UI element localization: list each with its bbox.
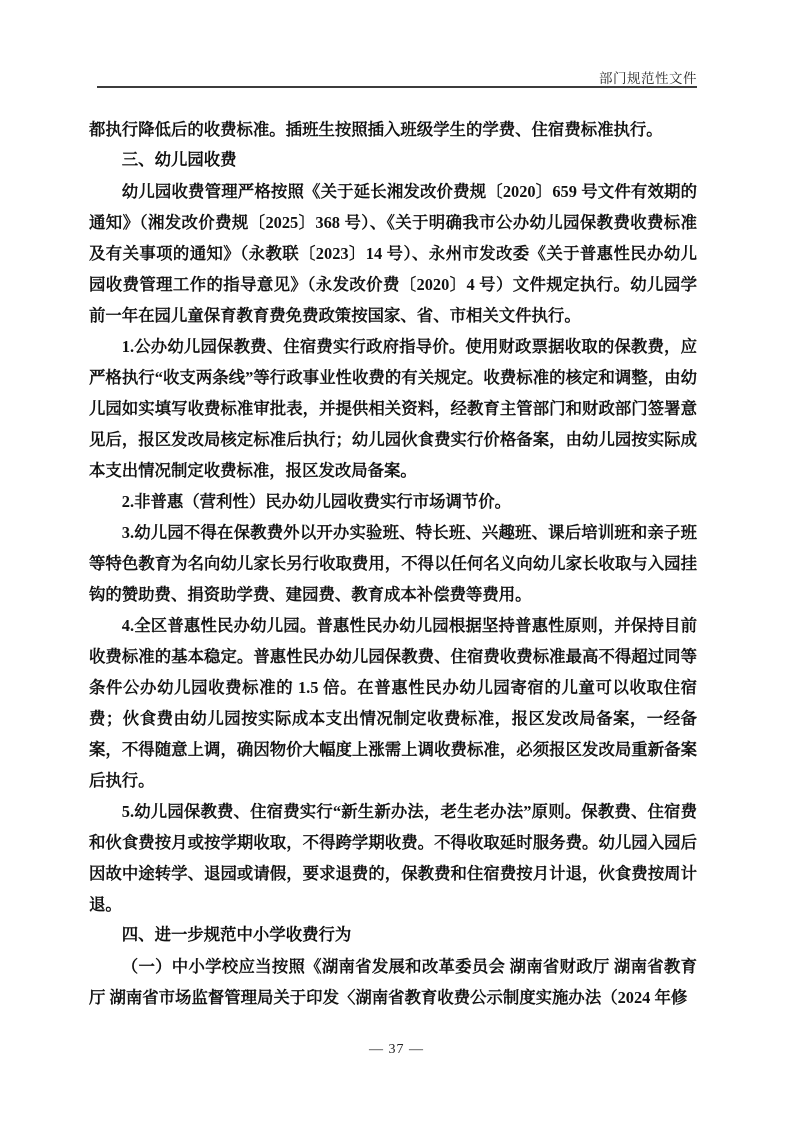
- section-heading-school-fee-regulation: 四、进一步规范中小学收费行为: [89, 920, 697, 951]
- body-paragraph-item-5: 5.幼儿园保教费、住宿费实行“新生新办法，老生老办法”原则。保教费、住宿费和伙食…: [89, 796, 697, 920]
- header-rule: [97, 86, 697, 88]
- body-paragraph-continuation: 都执行降低后的收费标准。插班生按照插入班级学生的学费、住宿费标准执行。: [89, 114, 697, 145]
- body-paragraph-item-1: 1.公办幼儿园保教费、住宿费实行政府指导价。使用财政票据收取的保教费，应严格执行…: [89, 331, 697, 486]
- body-paragraph-subitem-1: （一）中小学校应当按照《湖南省发展和改革委员会 湖南省财政厅 湖南省教育厅 湖南…: [89, 951, 697, 1013]
- page-header-label: 部门规范性文件: [599, 67, 697, 87]
- body-paragraph-item-2: 2.非普惠（营利性）民办幼儿园收费实行市场调节价。: [89, 486, 697, 517]
- document-body: 都执行降低后的收费标准。插班生按照插入班级学生的学费、住宿费标准执行。 三、幼儿…: [89, 114, 697, 1013]
- body-paragraph-item-3: 3.幼儿园不得在保教费外以开办实验班、特长班、兴趣班、课后培训班和亲子班等特色教…: [89, 517, 697, 610]
- body-paragraph-item-4: 4.全区普惠性民办幼儿园。普惠性民办幼儿园根据坚持普惠性原则，并保持目前收费标准…: [89, 610, 697, 796]
- document-page: 部门规范性文件 都执行降低后的收费标准。插班生按照插入班级学生的学费、住宿费标准…: [0, 0, 793, 1122]
- body-paragraph: 幼儿园收费管理严格按照《关于延长湘发改价费规〔2020〕659 号文件有效期的通…: [89, 176, 697, 331]
- page-number: — 37 —: [0, 1042, 793, 1058]
- section-heading-kindergarten-fees: 三、幼儿园收费: [89, 145, 697, 176]
